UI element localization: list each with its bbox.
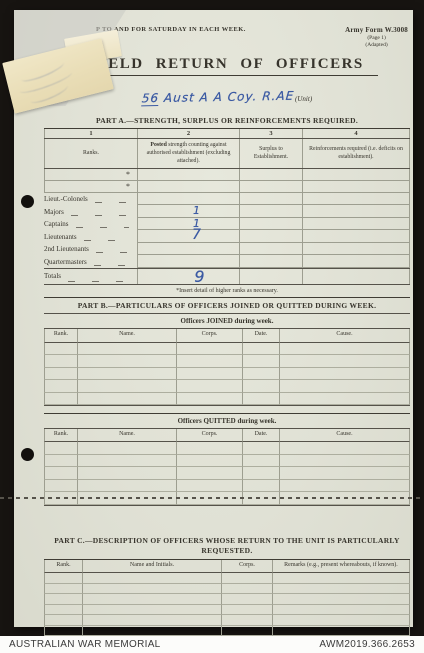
totals-row: Totals 9 — [44, 268, 410, 285]
unit-name: Aust A A Coy. R.AE — [158, 89, 294, 105]
form-number-adapted: (Adapted) — [345, 42, 408, 49]
col-number: 3 — [240, 129, 303, 138]
col-number: 1 — [44, 129, 138, 138]
header-reinforcements: Reinforcements required (i.e. deficits o… — [303, 139, 410, 167]
col-header: Corps. — [177, 329, 243, 343]
photo-mat: P TO AND FOR SATURDAY IN EACH WEEK. Army… — [0, 0, 424, 636]
header-surplus: Surplus to Establishment. — [240, 139, 303, 167]
rank-row-captains: Captains 1 — [44, 218, 410, 231]
col-number: 2 — [138, 129, 240, 138]
rank-row-lieutenants: Lieutenants 7 — [44, 230, 410, 243]
col-header: Rank. — [44, 329, 78, 343]
quitted-subheading: Officers QUITTED during week. — [44, 413, 410, 429]
form-title: FIELD RETURN OF OFFICERS — [76, 56, 378, 76]
form-number: Army Form W.3008 (Page 1) (Adapted) — [345, 26, 410, 49]
unit-number: 56 — [141, 91, 160, 106]
part-a-column-numbers: 1 2 3 4 — [44, 129, 410, 139]
col-header: Rank. — [44, 429, 78, 443]
rank-label: 2nd Lieutenants — [44, 244, 89, 255]
rank-label: Quartermasters — [44, 257, 87, 268]
institution-label: AUSTRALIAN WAR MEMORIAL — [9, 639, 161, 650]
col-header: Name and Initials. — [83, 560, 222, 574]
part-a-blank-row: * — [44, 169, 410, 181]
col-header: Rank. — [44, 560, 83, 574]
col-header: Cause. — [280, 329, 410, 343]
hole-punch-top — [21, 195, 34, 208]
perforation-dashed-line — [0, 497, 424, 499]
header-ranks: Ranks. — [44, 139, 138, 167]
col-header: Name. — [78, 329, 177, 343]
part-c-heading: PART C.—DESCRIPTION OF OFFICERS WHOSE RE… — [44, 536, 410, 560]
rank-row-majors: Majors 1 — [44, 205, 410, 218]
form-number-name: Army Form W.3008 — [345, 26, 408, 35]
rank-row-lieut-colonels: Lieut.-Colonels — [44, 193, 410, 206]
rank-label: Majors — [44, 207, 64, 218]
part-b-heading: PART B.—PARTICULARS OF OFFICERS JOINED O… — [44, 298, 410, 315]
unit-handwriting: 56 Aust A A Coy. R.AE — [141, 89, 295, 106]
totals-label: Totals — [44, 268, 61, 285]
part-a-header-row: Ranks. Posted strength counting against … — [44, 139, 410, 168]
officers-quitted-table: Rank. Name. Corps. Date. Cause. — [44, 429, 410, 506]
part-a-footnote: *Insert detail of higher ranks as necess… — [44, 285, 410, 298]
col-number: 4 — [303, 129, 410, 138]
rank-row-2nd-lieutenants: 2nd Lieutenants — [44, 243, 410, 256]
part-a-table: 1 2 3 4 Ranks. Posted strength counting … — [44, 129, 410, 284]
posted-value-handwritten: 1 — [138, 219, 239, 229]
part-c-table: Rank. Name and Initials. Corps. Remarks … — [44, 560, 410, 636]
joined-subheading: Officers JOINED during week. — [44, 314, 410, 329]
col-header: Cause. — [280, 429, 410, 443]
scanned-form: P TO AND FOR SATURDAY IN EACH WEEK. Army… — [14, 10, 413, 627]
asterisk-marker: * — [44, 181, 138, 193]
posted-value-handwritten: 1 — [138, 206, 239, 216]
header-posted-strength: Posted strength counting against authori… — [138, 139, 240, 167]
col-header: Date. — [243, 329, 280, 343]
col-header: Corps. — [222, 560, 273, 574]
rank-row-quartermasters: Quartermasters — [44, 255, 410, 268]
part-a-heading: PART A.—STRENGTH, SURPLUS OR REINFORCEME… — [44, 116, 410, 129]
posted-value-handwritten: 7 — [138, 231, 239, 240]
officers-joined-table: Rank. Name. Corps. Date. Cause. — [44, 329, 410, 406]
asterisk-marker: * — [44, 169, 138, 181]
col-header: Date. — [243, 429, 280, 443]
col-header: Name. — [78, 429, 177, 443]
rank-label: Captains — [44, 219, 69, 230]
unit-label: (Unit) — [295, 95, 312, 103]
caption-bar: AUSTRALIAN WAR MEMORIAL AWM2019.366.2653 — [0, 636, 424, 653]
week-note: P TO AND FOR SATURDAY IN EACH WEEK. — [96, 26, 246, 33]
totals-value-handwritten: 9 — [138, 270, 239, 284]
accession-number: AWM2019.366.2653 — [319, 639, 415, 650]
col-header: Corps. — [177, 429, 243, 443]
col-header: Remarks (e.g., present whereabouts, if k… — [273, 560, 410, 574]
hole-punch-bottom — [21, 448, 34, 461]
rank-label: Lieut.-Colonels — [44, 194, 88, 205]
part-a-blank-row: * — [44, 181, 410, 193]
rank-label: Lieutenants — [44, 232, 77, 243]
